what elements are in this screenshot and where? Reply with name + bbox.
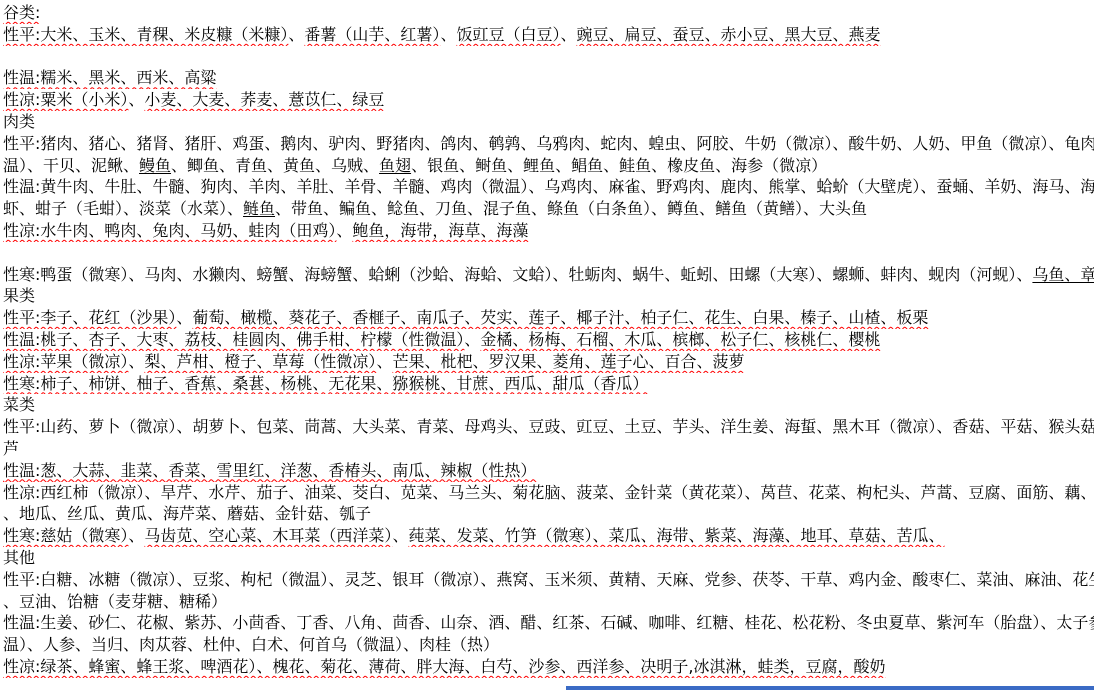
text-line: 性温:葱、大蒜、韭菜、香菜、雪里红、洋葱、香椿头、南瓜、辣椒（性热） xyxy=(3,460,1094,482)
text-segment: 性寒:鸭蛋（微寒）、马肉、水獭肉、螃蟹、海螃蟹、蛤蜊（沙蛤、海蛤、文蛤）、牡蛎肉… xyxy=(3,265,1032,284)
underlined-text: 乌鱼、章鱼 xyxy=(1032,265,1094,284)
text-line xyxy=(3,46,1094,68)
spellcheck-squiggle-text: 金橘、杨梅、石榴、木瓜、槟榔、松子仁、核桃仁、樱桃 xyxy=(480,330,880,349)
spellcheck-squiggle-text: 冰淇淋，蛙类，豆腐，酸奶 xyxy=(693,657,885,676)
text-line: 性凉:水牛肉、鸭肉、兔肉、马奶、蛙肉（田鸡）、鲍鱼，海带，海草、海藻 xyxy=(3,220,1094,242)
spellcheck-squiggle-text: 葡萄、橄榄、葵花子、香榧子、南瓜子、芡实、莲子、椰子汁、柏子仁、花生、白果、榛子… xyxy=(192,308,928,327)
text-segment: 、银鱼、鲥鱼、鲤鱼、鲳鱼、鲑鱼、橡皮鱼、海参（微凉） xyxy=(411,156,827,175)
text-segment: 、 xyxy=(128,352,144,371)
text-segment: 虾、蚶子（毛蚶）、淡菜（水菜）、 xyxy=(3,199,243,218)
text-segment: 性凉:西红柿（微凉）、旱芹、水芹、茄子、油菜、茭白、苋菜、马兰头、菊花脑、菠菜、… xyxy=(3,483,1094,502)
spellcheck-squiggle-text: 谷类: xyxy=(3,3,40,22)
text-segment: 、 xyxy=(464,330,480,349)
text-line: 果类 xyxy=(3,285,1094,307)
text-segment: 果类 xyxy=(3,286,35,305)
text-segment: 、带鱼、鳊鱼、鲶鱼、刀鱼、混子鱼、鲦鱼（白条鱼）、鳟鱼、鳝鱼（黄鳝）、大头鱼 xyxy=(275,199,867,218)
underlined-text: 鱼翅 xyxy=(379,156,411,175)
underlined-text: 鲢鱼 xyxy=(243,199,275,218)
spellcheck-squiggle-text: 梨、芦柑、橙子、草莓（性微凉） xyxy=(144,352,376,371)
text-line: 性温:糯米、黑米、西米、高粱 xyxy=(3,67,1094,89)
text-line: 性凉:绿茶、蜂蜜、蜂王浆、啤酒花）、槐花、菊花、薄荷、胖大海、白芍、沙参、西洋参… xyxy=(3,656,1094,678)
text-line: 虾、蚶子（毛蚶）、淡菜（水菜）、鲢鱼、带鱼、鳊鱼、鲶鱼、刀鱼、混子鱼、鲦鱼（白条… xyxy=(3,198,1094,220)
text-line: 、地瓜、丝瓜、黄瓜、海芹菜、蘑菇、金针菇、瓠子 xyxy=(3,503,1094,525)
text-line: 性温:桃子、杏子、大枣、荔枝、桂圆肉、佛手柑、柠檬（性微温）、金橘、杨梅、石榴、… xyxy=(3,329,1094,351)
text-segment: 、 xyxy=(128,90,144,109)
text-line: 温）、人参、当归、肉苁蓉、杜仲、白术、何首乌（微温）、肉桂（热） xyxy=(3,634,1094,656)
spellcheck-squiggle-text: 饭豇豆（白豆） xyxy=(456,25,560,44)
text-line: 性凉:西红柿（微凉）、旱芹、水芹、茄子、油菜、茭白、苋菜、马兰头、菊花脑、菠菜、… xyxy=(3,482,1094,504)
text-segment: 、 xyxy=(128,526,144,545)
text-line: 谷类: xyxy=(3,2,1094,24)
text-segment: 性平:猪肉、猪心、猪肾、猪肝、鸡蛋、鹅肉、驴肉、野猪肉、鸽肉、鹌鹑、乌鸦肉、蛇肉… xyxy=(3,134,1094,153)
text-line: 芦 xyxy=(3,438,1094,460)
text-line: 性凉:苹果（微凉）、梨、芦柑、橙子、草莓（性微凉）、芒果、枇杷、罗汉果、菱角、莲… xyxy=(3,351,1094,373)
spellcheck-squiggle-text: 性寒:柿子、柿饼、柚子、香蕉、桑葚、杨桃、无花果、猕猴桃、甘蔗、西瓜、甜瓜（香瓜… xyxy=(3,374,648,393)
text-segment: 、 xyxy=(440,25,456,44)
spellcheck-squiggle-text: 莼菜、发菜、竹笋（微寒）、菜瓜、海带、紫菜、海藻、地耳、草菇、苦瓜、 xyxy=(408,526,944,545)
spellcheck-squiggle-text: 性平:李子、花红（沙果） xyxy=(3,308,176,327)
text-segment: 、 xyxy=(176,308,192,327)
spellcheck-squiggle-text: 芒果、枇杷、罗汉果、菱角、莲子心、百合、菠萝 xyxy=(392,352,744,371)
spellcheck-squiggle-text: 性凉:绿茶、蜂蜜、蜂王浆、啤酒花）、槐花、菊花、薄荷、胖大海、白芍、沙参、西洋参… xyxy=(3,657,693,676)
text-segment: 肉类 xyxy=(3,112,35,131)
spellcheck-squiggle-text: 性寒:慈姑（微寒） xyxy=(3,526,128,545)
spellcheck-squiggle-text: 性温:糯米、黑米、西米、高粱 xyxy=(3,68,216,87)
text-line: 性平:白糖、冰糖（微凉）、豆浆、枸杞（微温）、灵芝、银耳（微凉）、燕窝、玉米须、… xyxy=(3,569,1094,591)
text-segment: 、 xyxy=(288,25,304,44)
text-segment: 性平:白糖、冰糖（微凉）、豆浆、枸杞（微温）、灵芝、银耳（微凉）、燕窝、玉米须、… xyxy=(3,570,1094,589)
text-segment: 、 xyxy=(392,526,408,545)
text-segment: 性温:生姜、砂仁、花椒、紫苏、小茴香、丁香、八角、茴香、山奈、酒、醋、红茶、石碱… xyxy=(3,613,1094,632)
text-segment: 、 xyxy=(376,352,392,371)
text-line: 性平:李子、花红（沙果）、葡萄、橄榄、葵花子、香榧子、南瓜子、芡实、莲子、椰子汁… xyxy=(3,307,1094,329)
spellcheck-squiggle-text: 小麦、大麦、荞麦、薏苡仁、绿豆 xyxy=(144,90,384,109)
text-line: 其他 xyxy=(3,547,1094,569)
spellcheck-squiggle-text: 性温:桃子、杏子、大枣、荔枝、桂圆肉、佛手柑、柠檬（性微温） xyxy=(3,330,464,349)
text-segment: 性温:黄牛肉、牛肚、牛髓、狗肉、羊肉、羊肚、羊骨、羊髓、鸡肉（微温）、乌鸡肉、麻… xyxy=(3,177,1094,196)
spellcheck-squiggle-text: 性凉:粟米（小米） xyxy=(3,90,128,109)
spellcheck-squiggle-text: 豌豆、扁豆、蚕豆、赤小豆、黑大豆、燕麦 xyxy=(576,25,880,44)
text-line: 性温:黄牛肉、牛肚、牛髓、狗肉、羊肉、羊肚、羊骨、羊髓、鸡肉（微温）、乌鸡肉、麻… xyxy=(3,176,1094,198)
window-border-bottom xyxy=(566,686,1094,690)
text-segment: 、地瓜、丝瓜、黄瓜、海芹菜、蘑菇、金针菇、瓠子 xyxy=(3,504,371,523)
text-segment: 温）、干贝、泥鳅、 xyxy=(3,156,139,175)
spellcheck-squiggle-text: 性平:大米、玉米、青稞、米皮糠（米糠） xyxy=(3,25,288,44)
text-line: 性平:山药、萝卜（微凉）、胡萝卜、包菜、茼蒿、大头菜、青菜、母鸡头、豆豉、豇豆、… xyxy=(3,416,1094,438)
text-line: 菜类 xyxy=(3,394,1094,416)
spellcheck-squiggle-text: 番薯（山芋、红薯） xyxy=(304,25,440,44)
spellcheck-squiggle-text: 性温:葱、大蒜、韭菜、香菜、雪里红、洋葱、香椿头、南瓜、辣椒（性热） xyxy=(3,461,536,480)
text-segment: 、鲫鱼、青鱼、黄鱼、乌贼、 xyxy=(171,156,379,175)
text-line: 性平:大米、玉米、青稞、米皮糠（米糠）、番薯（山芋、红薯）、饭豇豆（白豆）、豌豆… xyxy=(3,24,1094,46)
text-segment: 芦 xyxy=(3,439,19,458)
text-line xyxy=(3,242,1094,264)
text-segment: 温）、人参、当归、肉苁蓉、杜仲、白术、何首乌（微温）、肉桂（热） xyxy=(3,635,499,654)
text-line: 性温:生姜、砂仁、花椒、紫苏、小茴香、丁香、八角、茴香、山奈、酒、醋、红茶、石碱… xyxy=(3,612,1094,634)
spellcheck-squiggle-text: 鲍鱼，海带，海草、海藻 xyxy=(352,221,528,240)
text-line: 性寒:鸭蛋（微寒）、马肉、水獭肉、螃蟹、海螃蟹、蛤蜊（沙蛤、海蛤、文蛤）、牡蛎肉… xyxy=(3,264,1094,286)
underlined-text: 鳗鱼 xyxy=(139,156,171,175)
text-line: 肉类 xyxy=(3,111,1094,133)
spellcheck-squiggle-text: 马齿苋、空心菜、木耳菜（西洋菜） xyxy=(144,526,392,545)
text-segment: 、 xyxy=(560,25,576,44)
text-line: 温）、干贝、泥鳅、鳗鱼、鲫鱼、青鱼、黄鱼、乌贼、鱼翅、银鱼、鲥鱼、鲤鱼、鲳鱼、鲑… xyxy=(3,155,1094,177)
document-body: 谷类:性平:大米、玉米、青稞、米皮糠（米糠）、番薯（山芋、红薯）、饭豇豆（白豆）… xyxy=(3,2,1094,678)
text-line: 性寒:柿子、柿饼、柚子、香蕉、桑葚、杨桃、无花果、猕猴桃、甘蔗、西瓜、甜瓜（香瓜… xyxy=(3,373,1094,395)
text-line: 性凉:粟米（小米）、小麦、大麦、荞麦、薏苡仁、绿豆 xyxy=(3,89,1094,111)
text-segment: 、豆油、饴糖（麦芽糖、糖稀） xyxy=(3,592,227,611)
text-line: 性寒:慈姑（微寒）、马齿苋、空心菜、木耳菜（西洋菜）、莼菜、发菜、竹笋（微寒）、… xyxy=(3,525,1094,547)
text-line: 性平:猪肉、猪心、猪肾、猪肝、鸡蛋、鹅肉、驴肉、野猪肉、鸽肉、鹌鹑、乌鸦肉、蛇肉… xyxy=(3,133,1094,155)
spellcheck-squiggle-text: 性凉:水牛肉、鸭肉、兔肉、马奶、蛙肉（田鸡） xyxy=(3,221,336,240)
spellcheck-squiggle-text: 性凉:苹果（微凉） xyxy=(3,352,128,371)
text-line: 、豆油、饴糖（麦芽糖、糖稀） xyxy=(3,591,1094,613)
text-segment: 其他 xyxy=(3,548,35,567)
text-segment: 菜类 xyxy=(3,395,35,414)
text-segment: 、 xyxy=(336,221,352,240)
text-segment: 性平:山药、萝卜（微凉）、胡萝卜、包菜、茼蒿、大头菜、青菜、母鸡头、豆豉、豇豆、… xyxy=(3,417,1094,436)
